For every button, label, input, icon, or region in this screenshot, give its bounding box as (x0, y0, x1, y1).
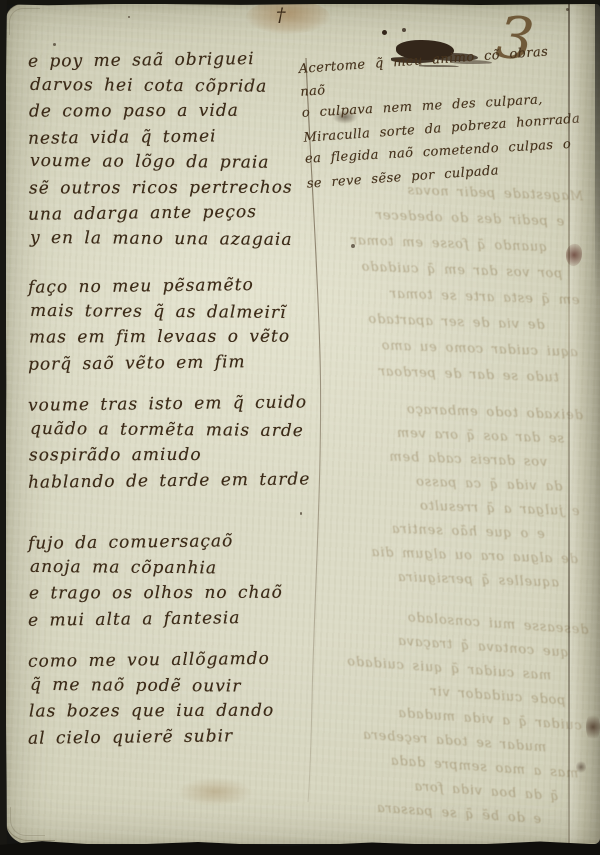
bleedthrough-block-3: deseasse mui consolado que contava q̃ tr… (323, 601, 589, 834)
poem-line: e mui alta a fantesia (28, 605, 318, 634)
corner-crease (9, 8, 40, 35)
top-cross-mark: † (276, 4, 286, 26)
poem-stanza-3: voume tras isto em q̃ cuido quãdo a torm… (28, 392, 318, 494)
poem-line: faço no meu pẽsamẽto (28, 272, 318, 301)
poem-line: anoja ma cõpanhia (30, 554, 320, 582)
poem-line: las bozes que iua dando (29, 698, 319, 725)
poem-line: nesta vida q̃ tomei (28, 123, 318, 152)
paper-speck (53, 43, 56, 46)
poem-stanza-4: fujo da comuersaçaõ anoja ma cõpanhia e … (28, 530, 318, 632)
poem-line: quãdo a tormẽta mais arde (30, 416, 320, 444)
bleedthrough-block-2: deixado todo embaraço se dar aos q̃ ora … (333, 396, 584, 596)
poem-line: q̃ me naõ podẽ ouvir (30, 672, 320, 700)
corner-crease (10, 807, 45, 836)
poem-line: como me vou allõgamdo (28, 646, 318, 675)
poem-line: voume tras isto em q̃ cuido (28, 390, 318, 419)
marginal-annotation: Acertome q̃ meu animo cõ obras naõ o cul… (298, 38, 589, 195)
poem-line: mais torres q̃ as dalmeirĩ (30, 298, 320, 326)
page-fold-line (568, 0, 570, 843)
poem-line: voume ao lõgo da praia (30, 149, 320, 177)
poem-line: darvos hei cota cõprida (30, 72, 320, 100)
right-edge-shadow (595, 0, 600, 300)
poem-line: porq̃ saõ vẽto em fim (28, 349, 318, 378)
poem-stanza-5: como me vou allõgamdo q̃ me naõ podẽ ouv… (28, 648, 318, 750)
poem-stanza-1: e poy me saã obriguei darvos hei cota cõ… (28, 48, 318, 252)
poem-line: mas em fim levaas o vẽto (29, 324, 319, 351)
poem-line: fujo da comuersaçaõ (28, 528, 318, 557)
poem-stanza-2: faço no meu pẽsamẽto mais torres q̃ as d… (28, 274, 318, 376)
poem-line: sẽ outros ricos pertrechos (29, 175, 319, 202)
poem-line: sospirãdo amiudo (29, 442, 319, 469)
poem-line: hablando de tarde em tarde (28, 467, 318, 496)
poem-line: de como paso a vida (29, 98, 319, 125)
poem-line: y en la mano una azagaia (30, 225, 320, 253)
poem-line: e trago os olhos no chaõ (29, 580, 319, 607)
manuscript-photo: Magestade pedir novas e pedir des do obe… (0, 0, 600, 855)
paper-speck (128, 16, 130, 18)
poem-line: al cielo quierẽ subir (28, 723, 318, 752)
poem-line: e poy me saã obriguei (28, 46, 318, 75)
bleedthrough-block-1: Magestade pedir novas e pedir des do obe… (332, 176, 583, 392)
poem-column: e poy me saã obriguei darvos hei cota cõ… (28, 48, 318, 772)
poem-line: una adarga ante peços (28, 199, 318, 228)
